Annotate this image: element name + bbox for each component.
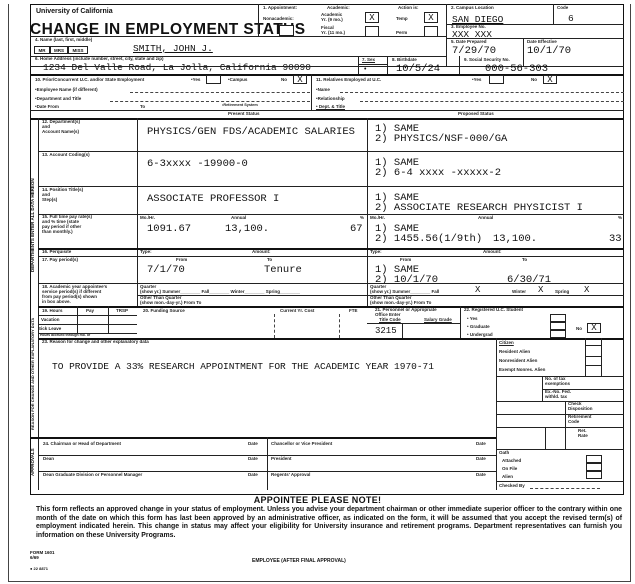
- present-pct: 67: [350, 224, 363, 236]
- present-mo-hr: 1091.67: [147, 224, 191, 236]
- proposed-pay-2-annual: 13,100.: [493, 234, 537, 246]
- title-code-value: 3215: [375, 327, 397, 337]
- retirement-code-label: Retirement Code: [568, 415, 592, 425]
- oath-label: Oath: [499, 451, 509, 456]
- name-prefixes: MR MRS MISS: [34, 46, 88, 54]
- prior-employee-name-label: •Employee Name (if different): [35, 88, 98, 93]
- prefix-miss[interactable]: MISS: [68, 46, 88, 54]
- dean-grad-date-label: Date: [248, 473, 258, 478]
- proposed-status-header: Proposed Status: [458, 112, 494, 117]
- pay-period-label: 17. Pay period(s): [42, 258, 78, 263]
- academic-year-label: 18. Academic year appointee's service pe…: [42, 285, 107, 305]
- student-yes-label: • Yes: [467, 317, 478, 322]
- code-value: 6: [568, 14, 574, 24]
- date-effective-value: 10/1/70: [527, 46, 571, 58]
- present-from: 7/1/70: [147, 265, 185, 277]
- student-no-label: No: [576, 327, 582, 332]
- resident-alien-label: Resident Alien: [499, 350, 530, 355]
- campus-label: 2. Campus Location: [451, 6, 494, 11]
- reason-value: TO PROVIDE A 33% RESEARCH APPOINTMENT FO…: [52, 362, 434, 372]
- student-no-checkbox[interactable]: X: [587, 323, 601, 333]
- regents-date-label: Date: [476, 473, 486, 478]
- prior-retirement-label: •Retirement System: [222, 103, 258, 107]
- copy-label: EMPLOYEE (AFTER FINAL APPROVAL): [252, 558, 346, 564]
- sex-label: 7. Sex: [362, 58, 375, 63]
- address-value: 1234 Del Valle Road, La Jolla, Californi…: [43, 63, 311, 73]
- proposed-pay-2-mo: 2) 1455.56(1/9th): [375, 234, 482, 246]
- side-label-approvals: APPROVALS: [30, 442, 39, 482]
- academic-yr-label: Academic Yr. (9 mo.): [321, 13, 343, 23]
- proposed-winter-label: Winter: [512, 290, 526, 295]
- present-to: Tenure: [264, 265, 302, 277]
- attached-checkbox[interactable]: [586, 455, 602, 463]
- present-pct-label: %: [360, 216, 364, 221]
- citizen-label: Citizen: [499, 341, 514, 346]
- hours-pay-label: Pay: [86, 309, 94, 314]
- vacation-label: Vacation: [41, 318, 60, 323]
- proposed-type-label: Type:: [370, 250, 382, 255]
- relatives-no-label: No: [531, 78, 537, 83]
- proposed-annual-label: Annual: [478, 216, 493, 221]
- present-quarter-label: Quarter (show yr.) Summer________ Fall__…: [140, 285, 300, 295]
- position-label: 14. Position Title(s) and Step(s): [42, 188, 83, 203]
- fiscal-yr-label: Fiscal Yr. (11 mo.): [321, 26, 345, 36]
- prior-yes-label: •Yes: [191, 78, 200, 83]
- prefix-mrs[interactable]: MRS: [50, 46, 68, 54]
- sick-leave-label: Sick Leave: [38, 327, 61, 332]
- student-graduate-checkbox[interactable]: [550, 322, 566, 330]
- hours-label: 19. Hours: [42, 309, 63, 314]
- student-graduate-label: • Graduate: [467, 325, 490, 330]
- present-other-label: Other Than Quarter (show mon.-day-yr.) F…: [140, 296, 201, 306]
- name-label: 4. Name (last, first, middle): [35, 38, 92, 43]
- proposed-period-2-to: 6/30/71: [507, 275, 551, 287]
- proposed-fall: X: [475, 286, 480, 296]
- proposed-winter: X: [538, 286, 543, 296]
- relatives-name-label: •Name: [316, 88, 330, 93]
- proposed-quarter-label: Quarter (show yr.) Summer________ Fall: [370, 285, 439, 295]
- on-file-checkbox[interactable]: [586, 463, 602, 471]
- present-status-header: Present Status: [228, 112, 260, 117]
- name-value: SMITH, JOHN J.: [133, 44, 213, 54]
- president-date-label: Date: [476, 457, 486, 462]
- present-from-label: From: [176, 258, 187, 263]
- dean-grad-label: Dean Graduate Division or Personnel Mana…: [43, 473, 142, 478]
- checked-by-label: Checked By: [499, 484, 525, 489]
- dept-present: PHYSICS/GEN FDS/ACADEMIC SALARIES: [147, 127, 355, 139]
- hours-trsp-label: TRSP: [116, 309, 128, 314]
- funding-fte-label: FTE: [349, 309, 358, 314]
- form-date: 6/69: [30, 555, 39, 560]
- nonacademic-label: Nonacademic:: [263, 17, 294, 22]
- pay-label: 15. Full time pay rate(s) and % time (st…: [42, 215, 92, 235]
- dean-label: Dean: [43, 457, 54, 462]
- prior-campus-label: •Campus: [228, 78, 247, 83]
- org-name: University of California: [36, 8, 113, 15]
- attached-label: Attached: [502, 459, 521, 464]
- notice-body: This form reflects an approved change in…: [36, 506, 622, 540]
- prior-no-checkbox[interactable]: X: [293, 75, 307, 84]
- student-yes-checkbox[interactable]: [550, 314, 566, 322]
- position-present: ASSOCIATE PROFESSOR I: [147, 194, 279, 206]
- funding-cost-label: Current Yr. Cost: [280, 309, 314, 314]
- temp-checkbox[interactable]: X: [424, 12, 438, 23]
- ret-rate-label: Ret. Rate: [578, 429, 588, 439]
- relatives-label: 11. Relatives Employed at U.C.: [316, 78, 381, 83]
- prior-employment-label: 10. Prior/Concurrent U.C. and/or State E…: [35, 78, 144, 83]
- proposed-pay-2-pct: 33: [609, 234, 622, 246]
- dept-label: 12. Department(s) and Account Name(s): [42, 120, 80, 135]
- relatives-yes-checkbox[interactable]: [489, 75, 504, 84]
- check-disposition-label: Check Disposition: [568, 402, 593, 412]
- relatives-relationship-label: •Relationship: [316, 97, 345, 102]
- proposed-amount-label: Amount:: [483, 250, 502, 255]
- chairman-date-label: Date: [248, 442, 258, 447]
- side-label-department: DEPARTMENTS ENTER ALL DATA HEREON: [30, 150, 38, 300]
- student-undergrad-checkbox[interactable]: [550, 330, 566, 338]
- chancellor-date-label: Date: [476, 442, 486, 447]
- on-file-label: On File: [502, 467, 517, 472]
- proposed-pct-label: %: [618, 216, 622, 221]
- president-label: President: [271, 457, 292, 462]
- student-label: 22. Registered U.C. Student: [464, 308, 523, 313]
- prior-no-label: No: [281, 78, 287, 83]
- present-mo-hr-label: Mo./Hr.: [140, 216, 155, 221]
- account-proposed-2: 2) 6-4 xxxx -xxxxx-2: [375, 168, 501, 180]
- dean-date-label: Date: [248, 457, 258, 462]
- appointment-label: 1. Appointment:: [263, 6, 297, 11]
- account-label: 13. Account Coding(s): [42, 153, 90, 158]
- proposed-from-label: From: [400, 258, 411, 263]
- chairman-label: 24. Chairman or Head of Department: [43, 442, 121, 447]
- printer-mark: ● 22 8871: [30, 566, 48, 571]
- relatives-no-checkbox[interactable]: X: [543, 75, 557, 84]
- proposed-other-label: Other Than Quarter (show mon.-day-yr.) F…: [370, 296, 431, 306]
- present-annual: 13,100.: [225, 224, 269, 236]
- alien-checkbox[interactable]: [586, 471, 602, 479]
- regents-label: Regents' Approval: [271, 473, 310, 478]
- present-amount-label: Amount:: [252, 250, 271, 255]
- proposed-mo-hr-label: Mo./Hr.: [370, 216, 385, 221]
- present-annual-label: Annual: [231, 216, 246, 221]
- exempt-alien-label: Exempt Nonres. Alien: [499, 368, 545, 373]
- nonacademic-checkbox[interactable]: [279, 25, 294, 36]
- tax-exemptions-label: No. of tax exemptions: [545, 377, 570, 387]
- sex-value: •: [364, 66, 366, 73]
- proposed-spring: X: [584, 286, 589, 296]
- fed-withhold-label: Ex.-No. Fed. withld. tax: [545, 390, 571, 400]
- perquisite-label: 16. Perquisite: [42, 250, 71, 255]
- present-type-label: Type:: [140, 250, 152, 255]
- academic-yr-checkbox[interactable]: X: [365, 12, 379, 23]
- chancellor-label: Chancellor or Vice President: [271, 442, 332, 447]
- prefix-mr[interactable]: MR: [34, 46, 50, 54]
- present-to-label: To: [267, 258, 272, 263]
- prior-dept-title-label: •Department and Title: [35, 97, 81, 102]
- action-label: Action is:: [398, 6, 419, 11]
- notice-title: APPOINTEE PLEASE NOTE!: [0, 495, 635, 505]
- alien-label: Alien: [502, 475, 513, 480]
- funding-label: 20. Funding Source: [143, 309, 185, 314]
- code-label: Code: [557, 6, 568, 11]
- temp-label: Temp: [396, 17, 408, 22]
- proposed-to-label: To: [522, 258, 527, 263]
- relatives-yes-label: •Yes: [472, 78, 481, 83]
- prior-yes-checkbox[interactable]: [206, 75, 221, 84]
- academic-label: Academic:: [327, 6, 350, 11]
- proposed-spring-label: Spring: [555, 290, 569, 295]
- dept-proposed-2: 2) PHYSICS/NSF-000/GA: [375, 134, 507, 146]
- reason-label: 23. Reason for change and other explanat…: [42, 340, 149, 345]
- account-present: 6-3xxxx -19900-0: [147, 159, 248, 171]
- position-proposed-2: 2) ASSOCIATE RESEARCH PHYSICIST I: [375, 203, 583, 215]
- nonresident-alien-label: Nonresident Alien: [499, 359, 537, 364]
